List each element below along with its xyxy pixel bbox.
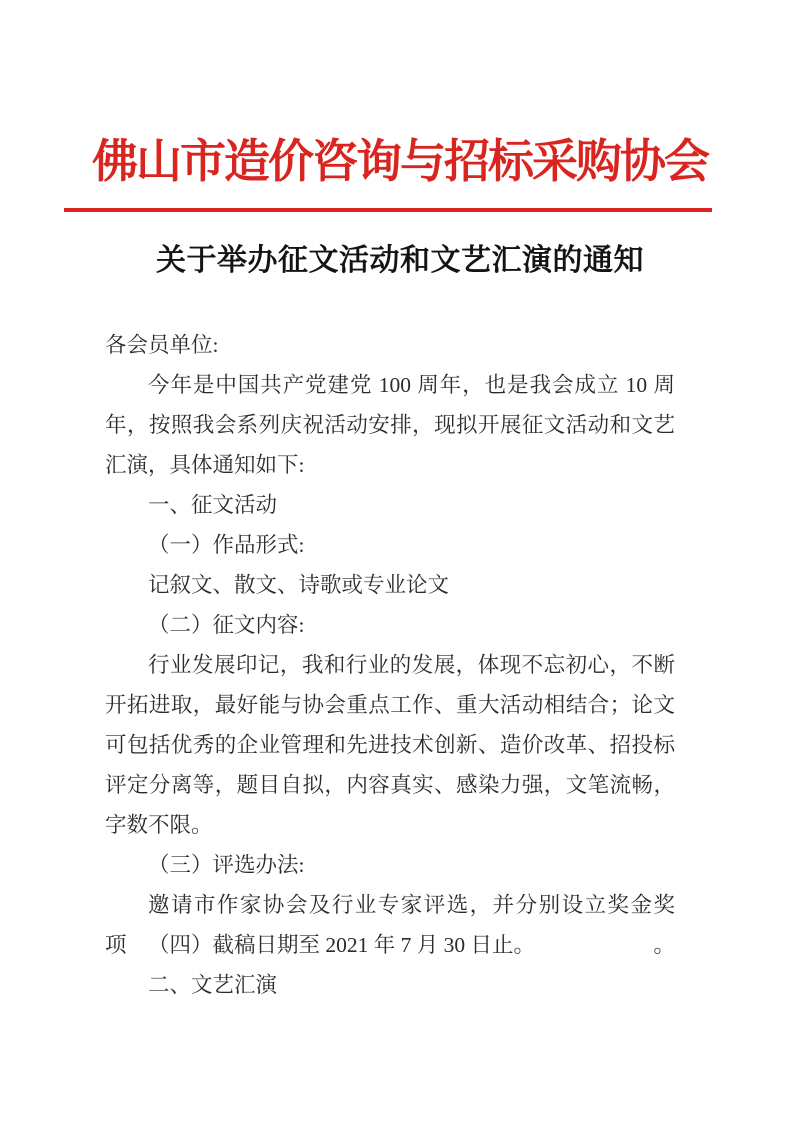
body-line: 汇演，具体通知如下:	[105, 445, 675, 485]
body-line: 年，按照我会系列庆祝活动安排，现拟开展征文活动和文艺	[105, 405, 675, 445]
letterhead-divider	[64, 208, 712, 212]
body-line: （一）作品形式:	[105, 525, 675, 565]
body-line: 记叙文、散文、诗歌或专业论文	[105, 565, 675, 605]
notice-title: 关于举办征文活动和文艺汇演的通知	[0, 243, 800, 279]
body-line: 行业发展印记，我和行业的发展，体现不忘初心，不断	[105, 645, 675, 685]
body-line: 可包括优秀的企业管理和先进技术创新、造价改革、招投标	[105, 725, 675, 765]
document-page: 佛山市造价咨询与招标采购协会 关于举办征文活动和文艺汇演的通知 各会员单位:今年…	[0, 0, 800, 1131]
document-body: 各会员单位:今年是中国共产党建党 100 周年，也是我会成立 10 周年，按照我…	[105, 325, 675, 1005]
body-line: （二）征文内容:	[105, 605, 675, 645]
body-line: 评定分离等，题目自拟，内容真实、感染力强，文笔流畅，	[105, 765, 675, 805]
body-line: 开拓进取，最好能与协会重点工作、重大活动相结合；论文	[105, 685, 675, 725]
body-line: 邀请市作家协会及行业专家评选，并分别设立奖金奖项。	[105, 885, 675, 925]
body-line: 各会员单位:	[105, 325, 675, 365]
body-line: 字数不限。	[105, 805, 675, 845]
body-line: 二、文艺汇演	[105, 965, 675, 1005]
body-line: （三）评选办法:	[105, 845, 675, 885]
letterhead-title: 佛山市造价咨询与招标采购协会	[0, 134, 800, 189]
body-line: 今年是中国共产党建党 100 周年，也是我会成立 10 周	[105, 365, 675, 405]
body-line: 一、征文活动	[105, 485, 675, 525]
